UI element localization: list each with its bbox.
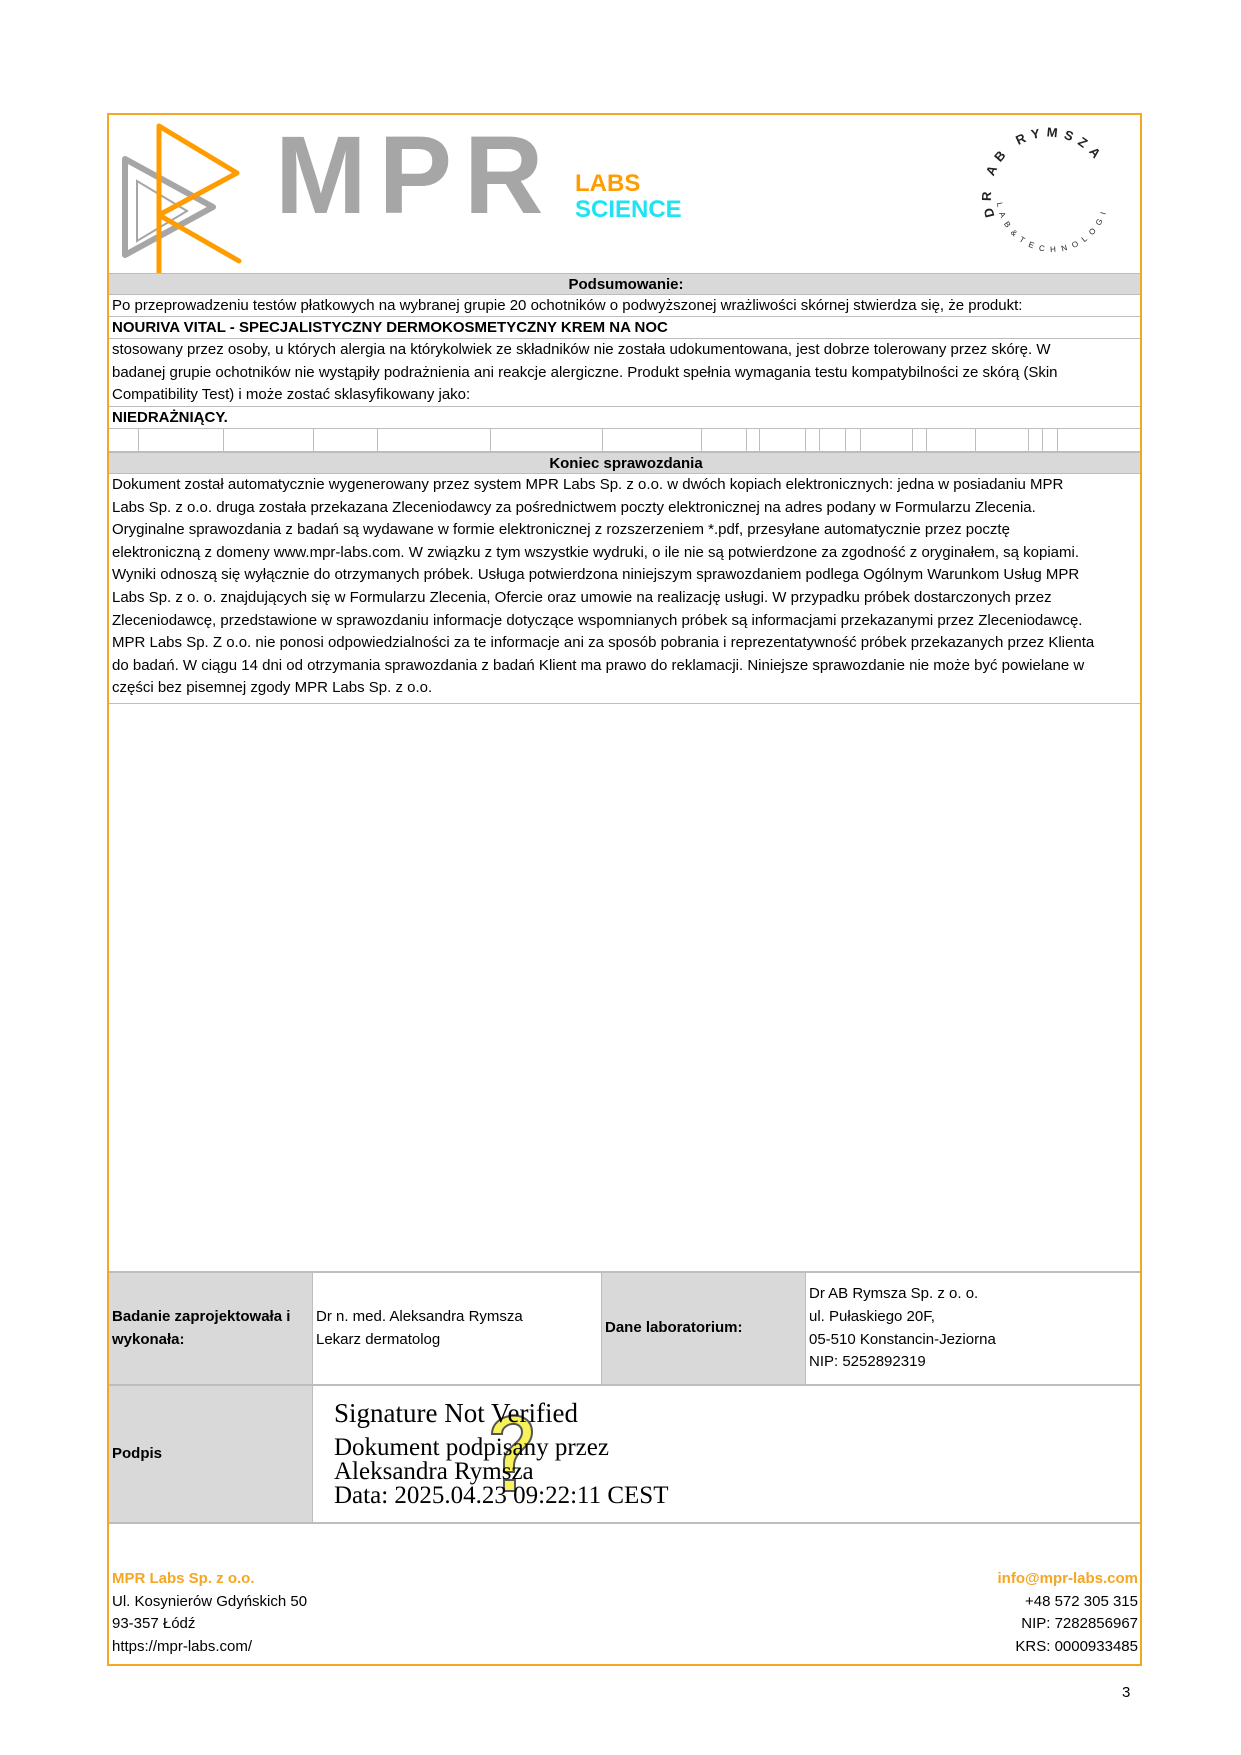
classification-row: NIEDRAŻNIĄCY. [109, 407, 1140, 429]
lab-data: Dr AB Rymsza Sp. z o. o. ul. Pułaskiego … [806, 1273, 1140, 1384]
footer-phone: +48 572 305 315 [998, 1591, 1138, 1614]
logo-labs-text: LABS [575, 171, 640, 197]
logo-main-text: MPR [275, 121, 555, 231]
signature-label-text: Podpis [112, 1443, 312, 1466]
logo-science-text: SCIENCE [575, 197, 682, 223]
summary-intro: Po przeprowadzeniu testów płatkowych na … [109, 295, 1140, 317]
designed-by-label-line: wykonała: [112, 1329, 312, 1352]
disclaimer-line: Wyniki odnoszą się wyłącznie do otrzyman… [112, 564, 1140, 587]
empty-grid-row [109, 429, 1140, 452]
mpr-logo: MPR LABS SCIENCE [117, 123, 677, 273]
report-frame: MPR LABS SCIENCE DR AB RYMSZA LAB&TECHNO… [107, 113, 1142, 1666]
signature-line: Dokument podpisany przez [334, 1434, 609, 1461]
designer-name: Dr n. med. Aleksandra Rymsza [316, 1306, 601, 1329]
signature-label: Podpis [109, 1386, 312, 1522]
lab-data-label-text: Dane laboratorium: [605, 1317, 805, 1340]
disclaimer-line: Labs Sp. z o.o. druga została przekazana… [112, 497, 1140, 520]
footer-website-link[interactable]: https://mpr-labs.com/ [112, 1636, 307, 1659]
footer-krs: KRS: 0000933485 [998, 1636, 1138, 1659]
summary-body-line: stosowany przez osoby, u których alergia… [112, 339, 1140, 362]
classification-value: NIEDRAŻNIĄCY. [112, 409, 228, 426]
summary-body-line: badanej grupie ochotników nie wystąpiły … [112, 362, 1140, 385]
summary-header: Podsumowanie: [109, 273, 1140, 295]
disclaimer-line: do badań. W ciągu 14 dni od otrzymania s… [112, 655, 1140, 678]
signature-line: Aleksandra Rymsza [334, 1458, 534, 1485]
disclaimer-line: Oryginalne sprawozdania z badań są wydaw… [112, 519, 1140, 542]
lab-data-line: ul. Pułaskiego 20F, [809, 1306, 1140, 1329]
summary-title: Podsumowanie: [568, 276, 683, 293]
page-number: 3 [1122, 1684, 1130, 1701]
end-section-title: Koniec sprawozdania [549, 455, 702, 472]
summary-body-line: Compatibility Test) i może zostać sklasy… [112, 384, 1140, 407]
footer-company: MPR Labs Sp. z o.o. Ul. Kosynierów Gdyńs… [112, 1568, 307, 1658]
footer-address: Ul. Kosynierów Gdyńskich 50 [112, 1591, 307, 1614]
product-name-row: NOURIVA VITAL - SPECJALISTYCZNY DERMOKOS… [109, 317, 1140, 339]
disclaimer-line: Labs Sp. z o. o. znajdujących się w Form… [112, 587, 1140, 610]
footer-city: 93-357 Łódź [112, 1613, 307, 1636]
designed-by-label: Badanie zaprojektowała i wykonała: [109, 1273, 312, 1384]
designed-by-label-line: Badanie zaprojektowała i [112, 1306, 312, 1329]
footer-email-link[interactable]: info@mpr-labs.com [998, 1568, 1138, 1591]
signature-status: Signature Not Verified [334, 1398, 578, 1428]
cell-divider [312, 1386, 313, 1522]
digital-signature[interactable]: Signature Not Verified Dokument podpisan… [334, 1398, 734, 1518]
mpr-triangle-logo-icon [117, 123, 257, 273]
disclaimer-line: Zleceniodawcę, przedstawione w sprawozda… [112, 610, 1140, 633]
product-name: NOURIVA VITAL - SPECJALISTYCZNY DERMOKOS… [112, 319, 668, 336]
disclaimer-line: części bez pisemnej zgody MPR Labs Sp. z… [112, 677, 1140, 700]
disclaimer-line: elektroniczną z domeny www.mpr-labs.com.… [112, 542, 1140, 565]
footer-contact: info@mpr-labs.com +48 572 305 315 NIP: 7… [998, 1568, 1138, 1658]
signature-date: Data: 2025.04.23 09:22:11 CEST [334, 1482, 668, 1509]
lab-data-line: 05-510 Konstancin-Jeziorna [809, 1329, 1140, 1352]
designer-info: Dr n. med. Aleksandra Rymsza Lekarz derm… [313, 1273, 601, 1384]
disclaimer-line: MPR Labs Sp. Z o.o. nie ponosi odpowiedz… [112, 632, 1140, 655]
end-section-header: Koniec sprawozdania [109, 452, 1140, 474]
circular-badge-icon: DR AB RYMSZA LAB&TECHNOLOGIES [967, 121, 1127, 271]
footer-nip: NIP: 7282856967 [998, 1613, 1138, 1636]
designer-title: Lekarz dermatolog [316, 1329, 601, 1352]
table-divider [109, 1522, 1140, 1524]
summary-body: stosowany przez osoby, u których alergia… [109, 339, 1140, 407]
disclaimer-line: Dokument został automatycznie wygenerowa… [112, 474, 1140, 497]
summary-intro-text: Po przeprowadzeniu testów płatkowych na … [112, 297, 1022, 314]
lab-data-line: NIP: 5252892319 [809, 1351, 1140, 1374]
dr-ab-rymsza-badge: DR AB RYMSZA LAB&TECHNOLOGIES [967, 121, 1127, 271]
lab-data-line: Dr AB Rymsza Sp. z o. o. [809, 1283, 1140, 1306]
lab-data-label: Dane laboratorium: [602, 1273, 805, 1384]
end-section-body: Dokument został automatycznie wygenerowa… [109, 474, 1140, 704]
footer-company-name: MPR Labs Sp. z o.o. [112, 1568, 307, 1591]
